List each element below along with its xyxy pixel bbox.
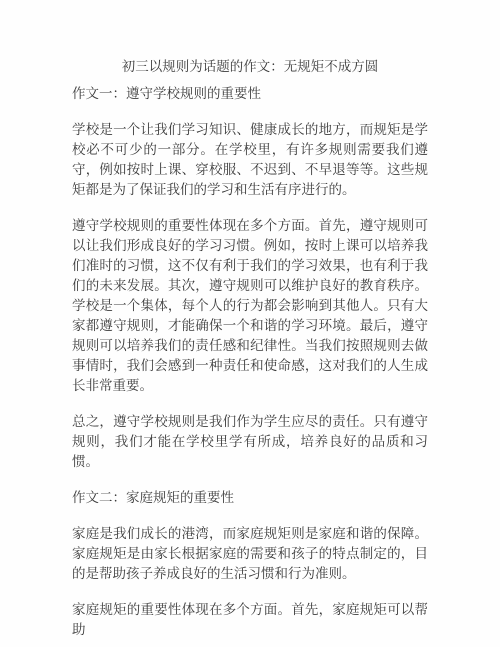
essay-2-heading: 作文二：家庭规矩的重要性 <box>72 488 428 508</box>
essay-1-paragraph-3: 总之，遵守学校规则是我们作为学生应尽的责任。只有遵守规则，我们才能在学校里学有所… <box>72 412 428 472</box>
essay-1-heading: 作文一：遵守学校规则的重要性 <box>72 84 428 104</box>
essay-document-page: 初三以规则为话题的作文：无规矩不成方圆 作文一：遵守学校规则的重要性 学校是一个… <box>0 0 500 647</box>
document-title: 初三以规则为话题的作文：无规矩不成方圆 <box>72 57 428 77</box>
essay-1-paragraph-1: 学校是一个让我们学习知识、健康成长的地方，而规矩是学校必不可少的一部分。在学校里… <box>72 120 428 200</box>
essay-2-paragraph-2: 家庭规矩的重要性体现在多个方面。首先，家庭规矩可以帮助 <box>72 600 428 640</box>
essay-1-paragraph-2: 遵守学校规则的重要性体现在多个方面。首先，遵守规则可以让我们形成良好的学习习惯。… <box>72 216 428 396</box>
essay-2-paragraph-1: 家庭是我们成长的港湾，而家庭规矩则是家庭和谐的保障。家庭规矩是由家长根据家庭的需… <box>72 524 428 584</box>
